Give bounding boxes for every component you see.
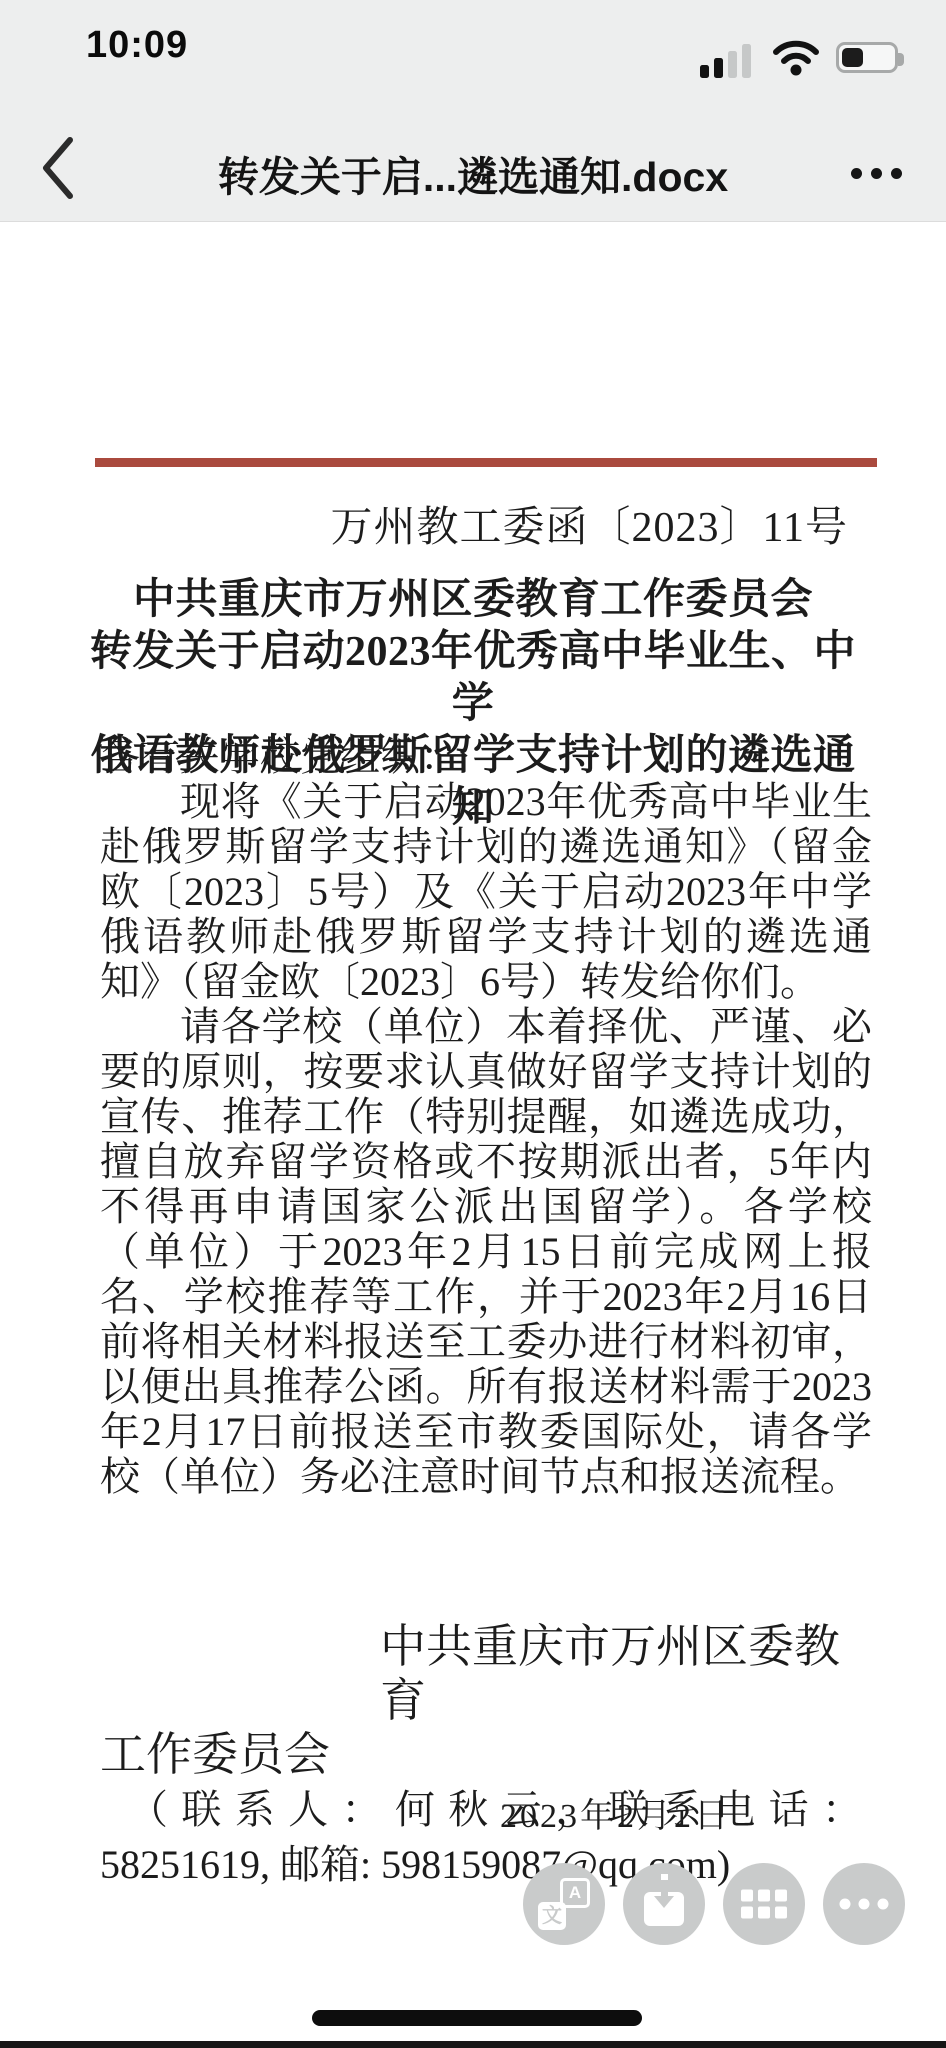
phone-screen: 10:09 转发关于启...遴选通知.docx	[0, 0, 946, 2048]
salutation: 各有关学校党组织：	[100, 734, 872, 779]
home-indicator[interactable]	[312, 2010, 642, 2026]
signal-bar-2	[714, 58, 723, 78]
screen-bottom-edge	[0, 2041, 946, 2048]
battery-nub	[898, 53, 904, 66]
more-options-button[interactable]	[845, 162, 908, 185]
document-title-label: 转发关于启...遴选通知.docx	[120, 144, 826, 203]
floating-toolbar: A 文	[523, 1863, 905, 1945]
battery-level	[842, 48, 863, 67]
signal-bar-3	[728, 51, 737, 78]
more-options-icon	[851, 168, 862, 179]
document-heading-line-2: 转发关于启动2023年优秀高中毕业生、中学	[76, 626, 870, 730]
document-red-divider	[95, 458, 877, 467]
grid-icon	[741, 1890, 787, 1919]
more-tools-button[interactable]	[823, 1863, 905, 1945]
download-button[interactable]	[623, 1863, 705, 1945]
contact-line-1: （联系人：何秋云，联系电话：	[100, 1782, 862, 1837]
download-icon	[641, 1882, 687, 1926]
battery-icon	[836, 42, 898, 73]
back-button[interactable]	[34, 132, 84, 204]
translate-button[interactable]: A 文	[523, 1863, 605, 1945]
document-viewer[interactable]: 万州教工委函〔2023〕11号 中共重庆市万州区委教育工作委员会 转发关于启动2…	[0, 222, 946, 2048]
signal-bar-4	[742, 44, 751, 78]
ellipsis-icon	[840, 1899, 889, 1910]
wifi-icon	[772, 40, 820, 81]
body-paragraph-1: 现将《关于启动2023年优秀高中毕业生赴俄罗斯留学支持计划的遴选通知》（留金欧〔…	[100, 779, 872, 1004]
back-chevron-icon	[34, 132, 84, 204]
grid-view-button[interactable]	[723, 1863, 805, 1945]
document-heading-line-1: 中共重庆市万州区委教育工作委员会	[76, 574, 870, 626]
document-body: 各有关学校党组织： 现将《关于启动2023年优秀高中毕业生赴俄罗斯留学支持计划的…	[100, 734, 872, 1499]
body-paragraph-2: 请各学校（单位）本着择优、严谨、必要的原则，按要求认真做好留学支持计划的宣传、推…	[100, 1004, 872, 1499]
signal-bar-1	[700, 65, 709, 78]
signature-line-1: 中共重庆市万州区委教育	[380, 1620, 872, 1728]
signature-line-2: 工作委员会	[100, 1728, 872, 1782]
cellular-signal-icon	[700, 44, 751, 78]
header-bar: 10:09 转发关于启...遴选通知.docx	[0, 0, 946, 222]
status-time: 10:09	[86, 24, 188, 67]
translate-icon: A 文	[538, 1878, 590, 1930]
document-reference-number: 万州教工委函〔2023〕11号	[98, 494, 848, 554]
